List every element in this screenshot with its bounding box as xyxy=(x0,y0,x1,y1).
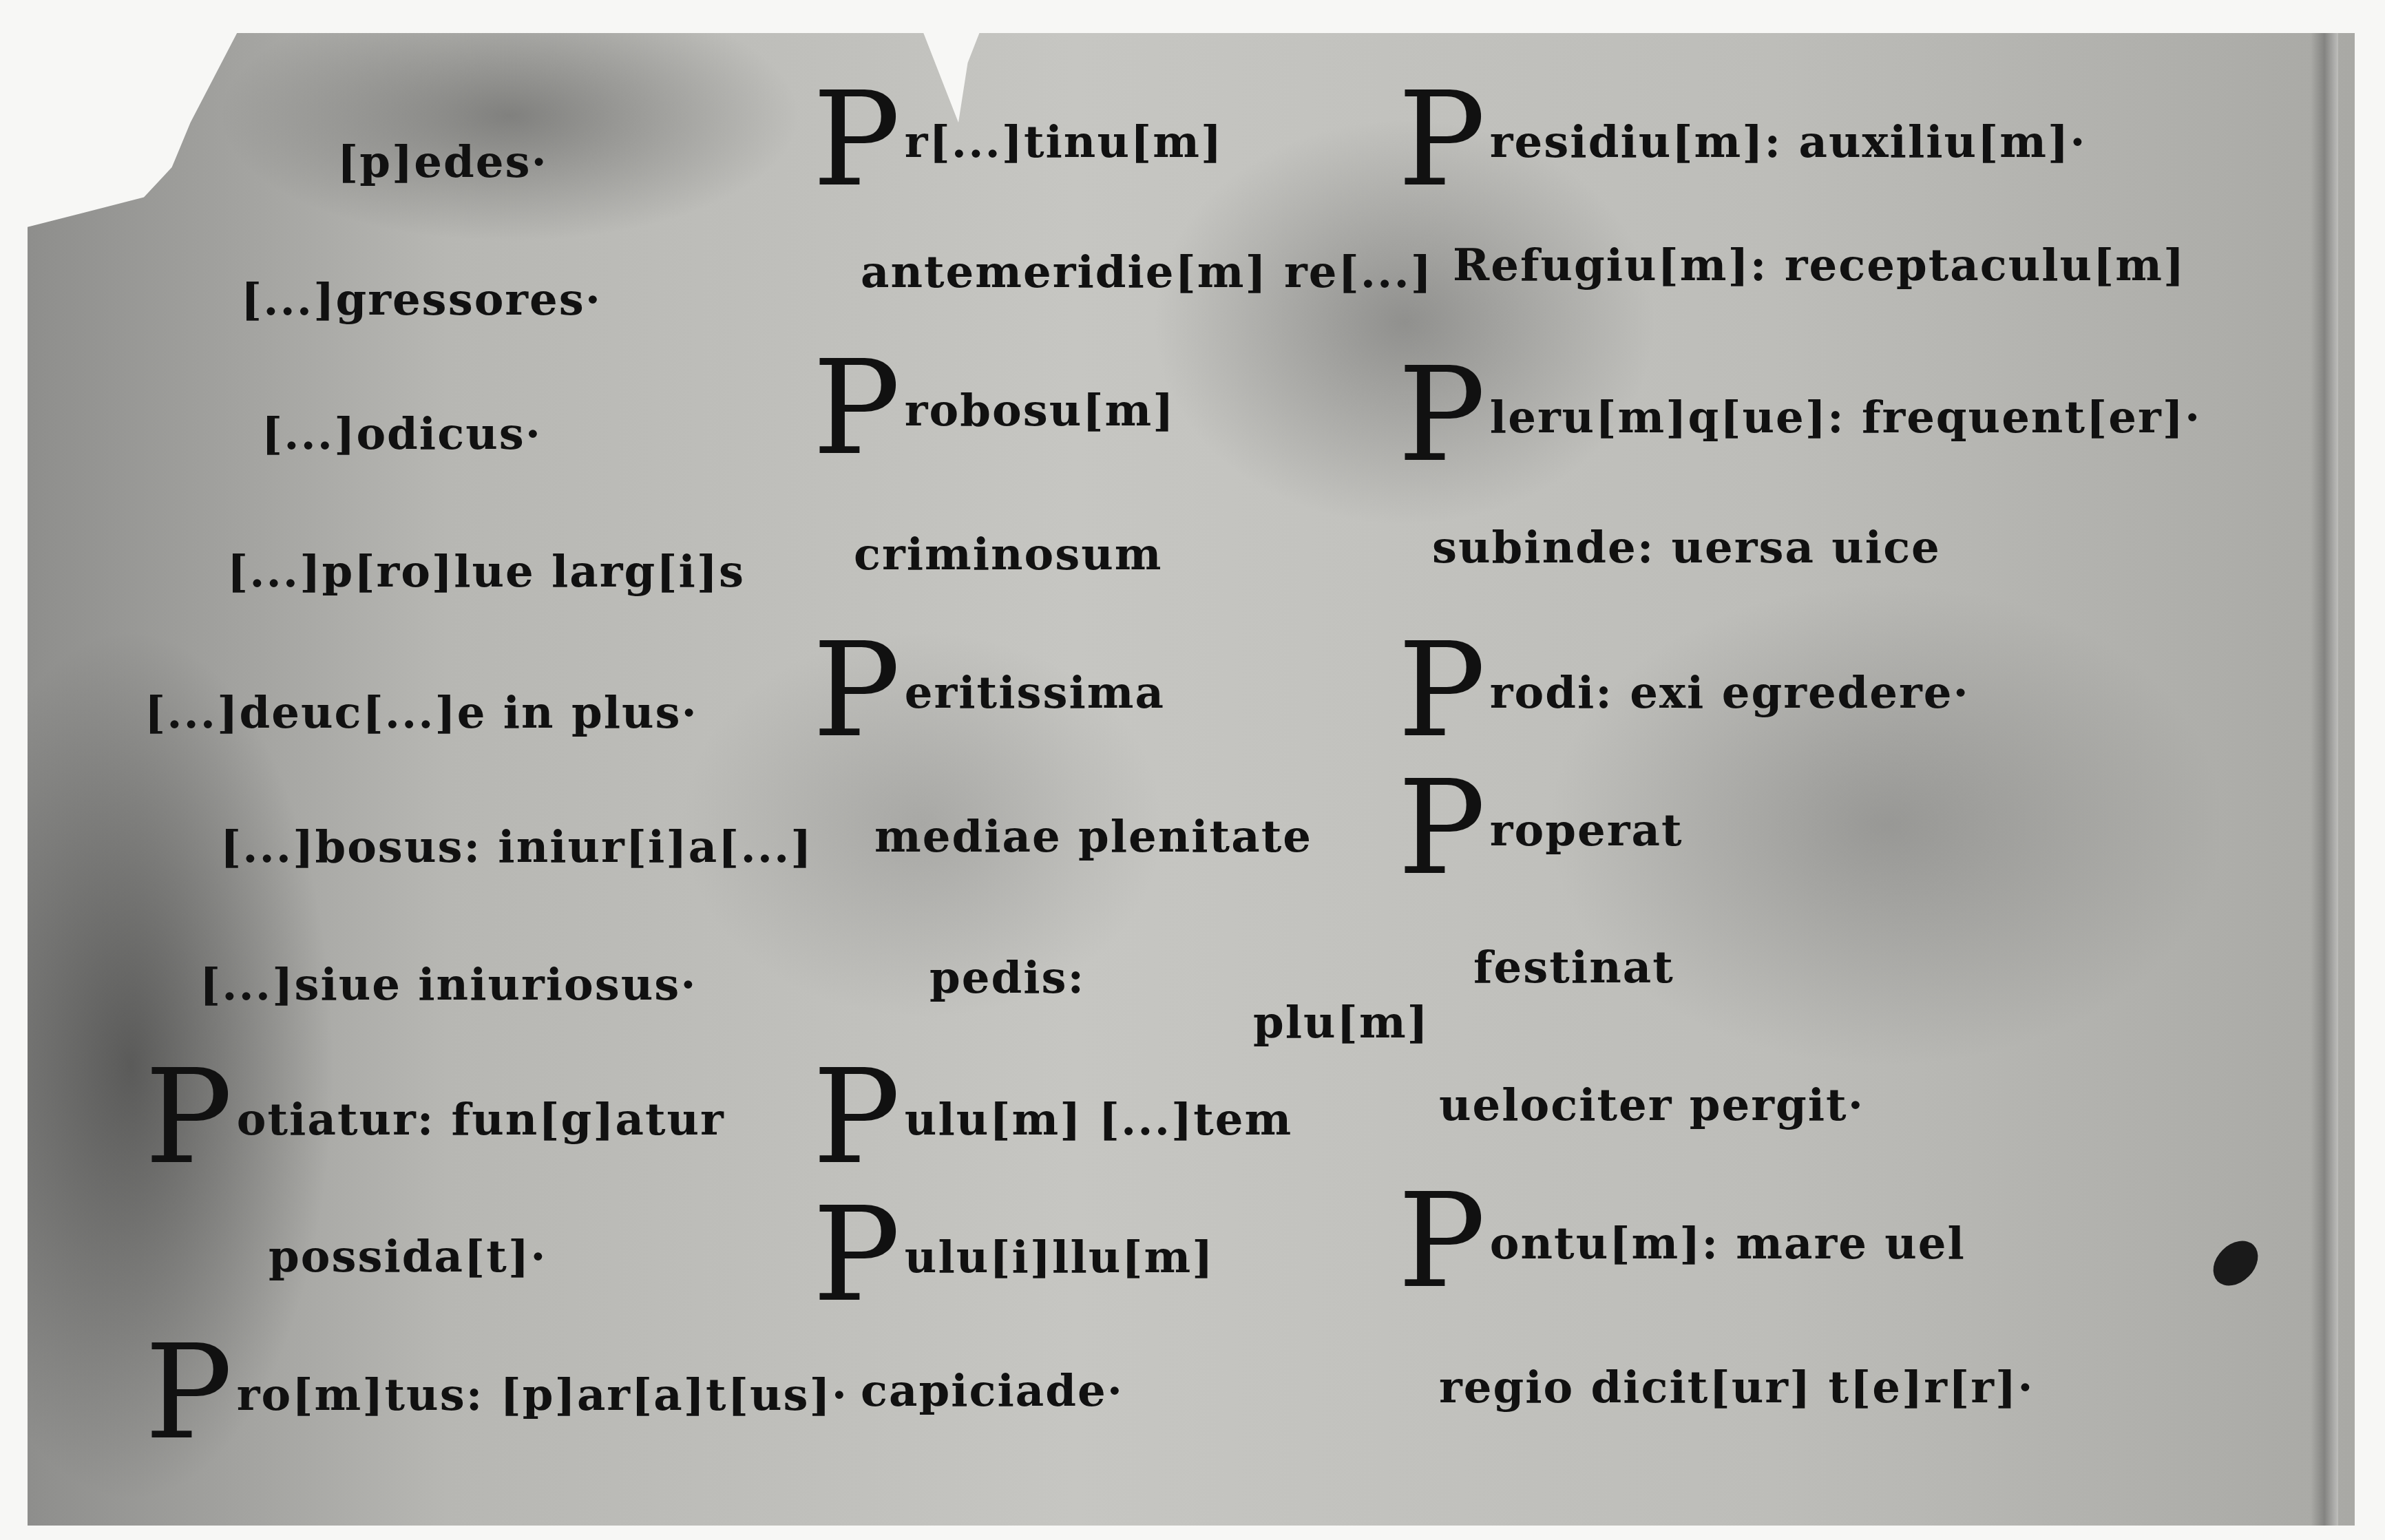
gloss-line: [...]siue iniuriosus· xyxy=(200,959,697,1011)
gloss-line: uelociter pergit· xyxy=(1439,1079,1864,1131)
lemma-line: Properat xyxy=(1398,763,1683,894)
gloss-line: festinat xyxy=(1473,942,1674,993)
gloss-line: subinde: uersa uice xyxy=(1432,522,1941,573)
gloss-line: capiciade· xyxy=(861,1365,1124,1417)
lemma-line: Prodi: exi egredere· xyxy=(1398,625,1970,756)
gloss-line: [...]odicus· xyxy=(262,408,542,460)
manuscript-leaf: [p]edes· [...]gressores· [...]odicus· [.… xyxy=(28,33,2355,1526)
decorated-initial: P xyxy=(812,1190,902,1320)
decorated-initial: P xyxy=(1398,74,1487,205)
gloss-line: criminosum xyxy=(854,529,1163,580)
lemma-line: Pleru[m]q[ue]: frequent[er]· xyxy=(1398,350,2201,481)
lemma-line: Pontu[m]: mare uel xyxy=(1398,1176,1966,1307)
lemma-line: Pro[m]tus: [p]ar[a]t[us]· xyxy=(145,1327,848,1458)
gloss-line: [...]gressores· xyxy=(241,274,602,326)
gloss-line: [...]deuc[...]e in plus· xyxy=(145,687,698,739)
gloss-line: [p]edes· xyxy=(337,136,548,188)
lemma-line: Peritissima xyxy=(812,625,1165,756)
gloss-line: [...]p[ro]lue larg[i]s xyxy=(227,546,745,598)
lemma-line: Probosu[m] xyxy=(812,343,1175,474)
lemma-line: Presidiu[m]: auxiliu[m]· xyxy=(1398,74,2087,205)
decorated-initial: P xyxy=(812,625,902,756)
gloss-line: [...]bosus: iniur[i]a[...] xyxy=(220,821,813,873)
decorated-initial: P xyxy=(145,1327,234,1458)
decorated-initial: P xyxy=(145,1052,234,1183)
decorated-initial: P xyxy=(812,343,902,474)
gloss-line: Refugiu[m]: receptaculu[m] xyxy=(1453,240,2185,291)
lemma-line: Pulu[m] [...]tem xyxy=(812,1052,1292,1183)
decorated-initial: P xyxy=(1398,625,1487,756)
lemma-line: Pulu[i]llu[m] xyxy=(812,1190,1215,1320)
lemma-line: Potiatur: fun[g]atur xyxy=(145,1052,725,1183)
lemma-line: Pr[...]tinu[m] xyxy=(812,74,1223,205)
gloss-line: possida[t]· xyxy=(269,1231,547,1283)
decorated-initial: P xyxy=(1398,1176,1487,1307)
gloss-line: plu[m] xyxy=(1253,997,1429,1048)
decorated-initial: P xyxy=(812,74,902,205)
decorated-initial: P xyxy=(1398,350,1487,481)
gloss-line: mediae plenitate xyxy=(874,811,1312,863)
gloss-line: antemeridie[m] re[...] xyxy=(861,246,1433,298)
fold-shadow xyxy=(2311,33,2338,1526)
decorated-initial: P xyxy=(812,1052,902,1183)
gloss-line: pedis: xyxy=(929,952,1085,1004)
ink-blot xyxy=(2205,1232,2267,1295)
gloss-line: regio dicit[ur] t[e]r[r]· xyxy=(1439,1362,2035,1413)
decorated-initial: P xyxy=(1398,763,1487,894)
